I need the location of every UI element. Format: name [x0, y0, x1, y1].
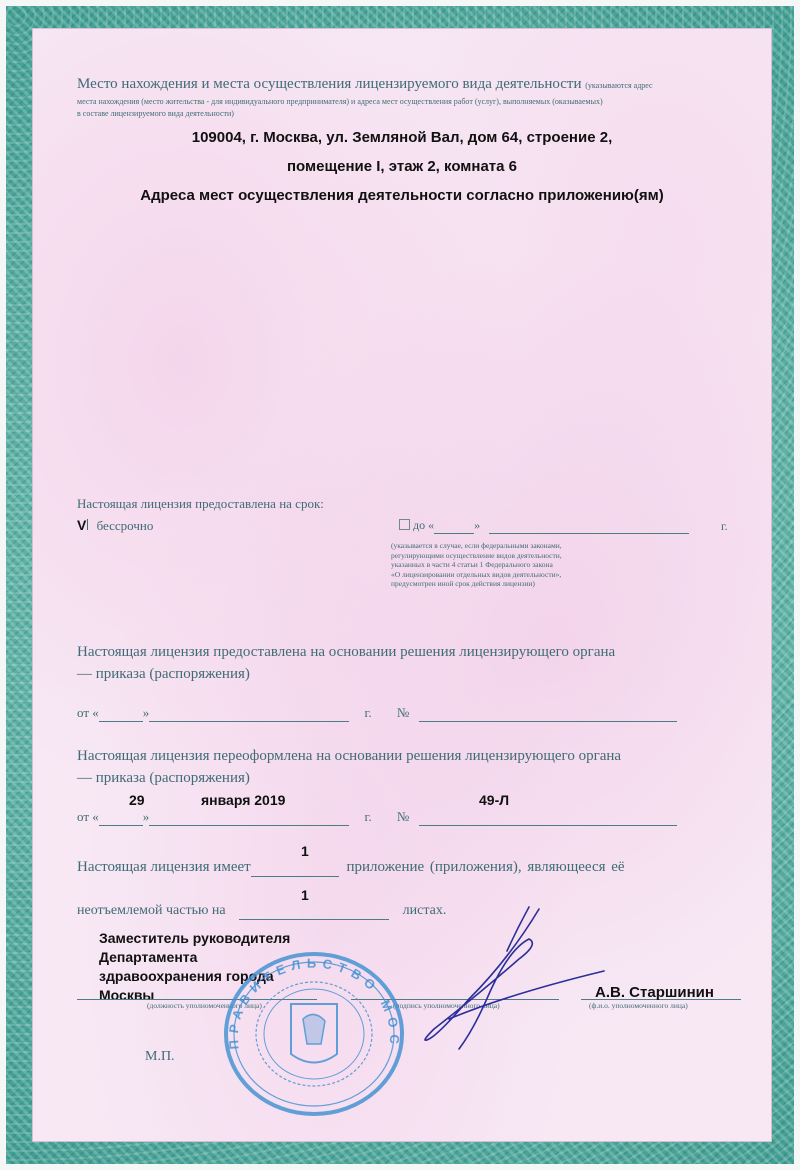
granted-text: Настоящая лицензия предоставлена на осно…: [77, 641, 727, 685]
appendix-count-value: 1: [301, 843, 309, 859]
address-note-line2: места нахождения (место жительства - для…: [77, 97, 767, 107]
term-note: (указывается в случае, если федеральными…: [391, 541, 562, 589]
term-note-line: указанных в части 4 статьи 1 Федеральног…: [391, 560, 562, 570]
appendix-row-1: Настоящая лицензия имеет приложение (при…: [77, 859, 727, 877]
reissued-text: Настоящая лицензия переоформлена на осно…: [77, 745, 727, 789]
until-day-field: [434, 518, 474, 534]
reissued-from-prefix: от «: [77, 809, 99, 824]
granted-day-field: [99, 705, 143, 722]
reissued-order-row: от « » г. №: [77, 809, 717, 826]
reissued-year-suffix: г.: [365, 809, 372, 824]
unlimited-checkbox-mark: V: [77, 517, 86, 533]
unlimited-checkbox: [87, 519, 88, 530]
reissued-text-line2: — приказа (распоряжения): [77, 767, 727, 789]
reissued-day-field: [99, 809, 143, 826]
handwritten-signature: [389, 899, 619, 1059]
address-heading-text: Место нахождения и места осуществления л…: [77, 76, 581, 92]
address-line-3: Адреса мест осуществления деятельности с…: [33, 187, 771, 204]
term-note-line: (указывается в случае, если федеральными…: [391, 541, 562, 551]
unlimited-label: бессрочно: [97, 518, 154, 533]
granted-text-line1: Настоящая лицензия предоставлена на осно…: [77, 641, 727, 663]
granted-from-prefix: от «: [77, 705, 99, 720]
sheets-count-field: [239, 903, 389, 920]
sheets-count-value: 1: [301, 887, 309, 903]
position-line: Заместитель руководителя: [99, 929, 290, 948]
address-note-line3: в составе лицензируемого вида деятельнос…: [77, 109, 234, 119]
reissued-number-field: [419, 809, 677, 826]
reissued-date-field: [149, 809, 349, 826]
granted-number-sign: №: [397, 705, 409, 720]
term-note-line: «О лицензировании отдельных видов деятел…: [391, 570, 562, 580]
term-note-line: регулирующими осуществление видов деятел…: [391, 551, 562, 561]
sheets-text-before: неотъемлемой частью на: [77, 903, 226, 918]
appendix-count-field: [251, 859, 339, 877]
granted-order-row: от « » г. №: [77, 705, 717, 722]
granted-year-suffix: г.: [365, 705, 372, 720]
address-heading: Место нахождения и места осуществления л…: [77, 75, 747, 95]
address-heading-note: (указываются адрес: [585, 81, 652, 90]
granted-number-field: [419, 705, 677, 722]
reissued-month-year-value: января 2019: [201, 792, 285, 808]
term-unlimited-option: V бессрочно: [77, 517, 153, 534]
stamp-place-label: М.П.: [145, 1049, 175, 1065]
appendix-text-after: приложение (приложения), являющееся её: [346, 859, 624, 875]
until-suffix: г.: [721, 519, 728, 534]
appendix-text-before: Настоящая лицензия имеет: [77, 859, 251, 875]
reissued-number-sign: №: [397, 809, 409, 824]
until-checkbox: [399, 519, 410, 530]
granted-text-line2: — приказа (распоряжения): [77, 663, 727, 685]
reissued-day-value: 29: [129, 792, 145, 808]
reissued-text-line1: Настоящая лицензия переоформлена на осно…: [77, 745, 727, 767]
license-page: Место нахождения и места осуществления л…: [32, 28, 772, 1142]
address-line-1: 109004, г. Москва, ул. Земляной Вал, дом…: [33, 129, 771, 146]
until-mid: »: [474, 518, 480, 532]
official-seal: ПРАВИТЕЛЬСТВО МОСКВЫ: [219, 949, 409, 1119]
granted-date-field: [149, 705, 349, 722]
term-until-option: до « »: [399, 518, 724, 534]
term-note-line: предусмотрен иной срок действия лицензии…: [391, 579, 562, 589]
until-date-field: [489, 518, 689, 534]
term-label: Настоящая лицензия предоставлена на срок…: [77, 496, 324, 512]
address-line-2: помещение I, этаж 2, комната 6: [33, 158, 771, 175]
reissued-number-value: 49-Л: [479, 792, 509, 808]
until-prefix: до «: [413, 518, 434, 532]
